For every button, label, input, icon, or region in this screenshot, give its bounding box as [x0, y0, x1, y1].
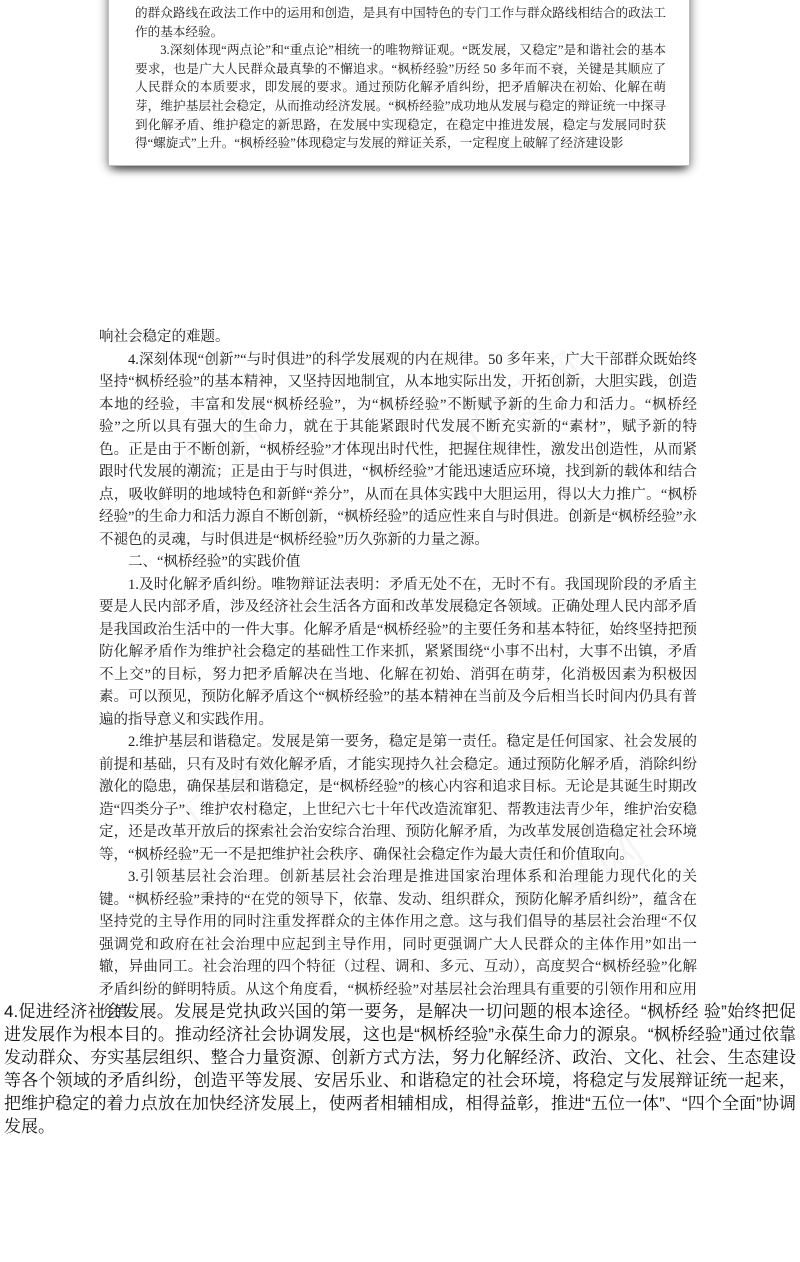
section-heading: 二、“枫桥经验”的实践价值	[99, 551, 697, 574]
body-paragraph: 1.及时化解矛盾纠纷。唯物辩证法表明：矛盾无处不在，无时不有。我国现阶段的矛盾主…	[99, 574, 697, 732]
body-paragraph: 4.促进经济社会发展。发展是党执政兴国的第一要务，是解决一切问题的根本途径。“枫…	[4, 1000, 796, 1138]
page-1-text-column: 的群众路线在政法工作中的运用和创造，是具有中国特色的专门工作与群众路线相结合的政…	[135, 4, 666, 153]
page-2-text-column: 响社会稳定的难题。 4.深刻体现“创新”“与时俱进”的科学发展观的内在规律。50…	[99, 326, 697, 1024]
body-paragraph: 4.深刻体现“创新”“与时俱进”的科学发展观的内在规律。50 多年来，广大干部群…	[99, 349, 697, 552]
body-paragraph: 的群众路线在政法工作中的运用和创造，是具有中国特色的专门工作与群众路线相结合的政…	[135, 4, 666, 41]
body-paragraph: 2.维护基层和谐稳定。发展是第一要务，稳定是第一责任。稳定是任何国家、社会发展的…	[99, 731, 697, 866]
document-preview: 工图网 工图网 工图网 工图网 的群众路线在政法工作中的运用和创造，是具有中国特…	[0, 0, 800, 1262]
body-paragraph: 3.深刻体现“两点论”和“重点论”相统一的唯物辩证观。“既发展，又稳定”是和谐社…	[135, 41, 666, 153]
body-paragraph: 响社会稳定的难题。	[99, 326, 697, 349]
page-1-fragment: 的群众路线在政法工作中的运用和创造，是具有中国特色的专门工作与群众路线相结合的政…	[108, 0, 690, 166]
page-3-text-column: 4.促进经济社会发展。发展是党执政兴国的第一要务，是解决一切问题的根本途径。“枫…	[4, 1000, 796, 1138]
